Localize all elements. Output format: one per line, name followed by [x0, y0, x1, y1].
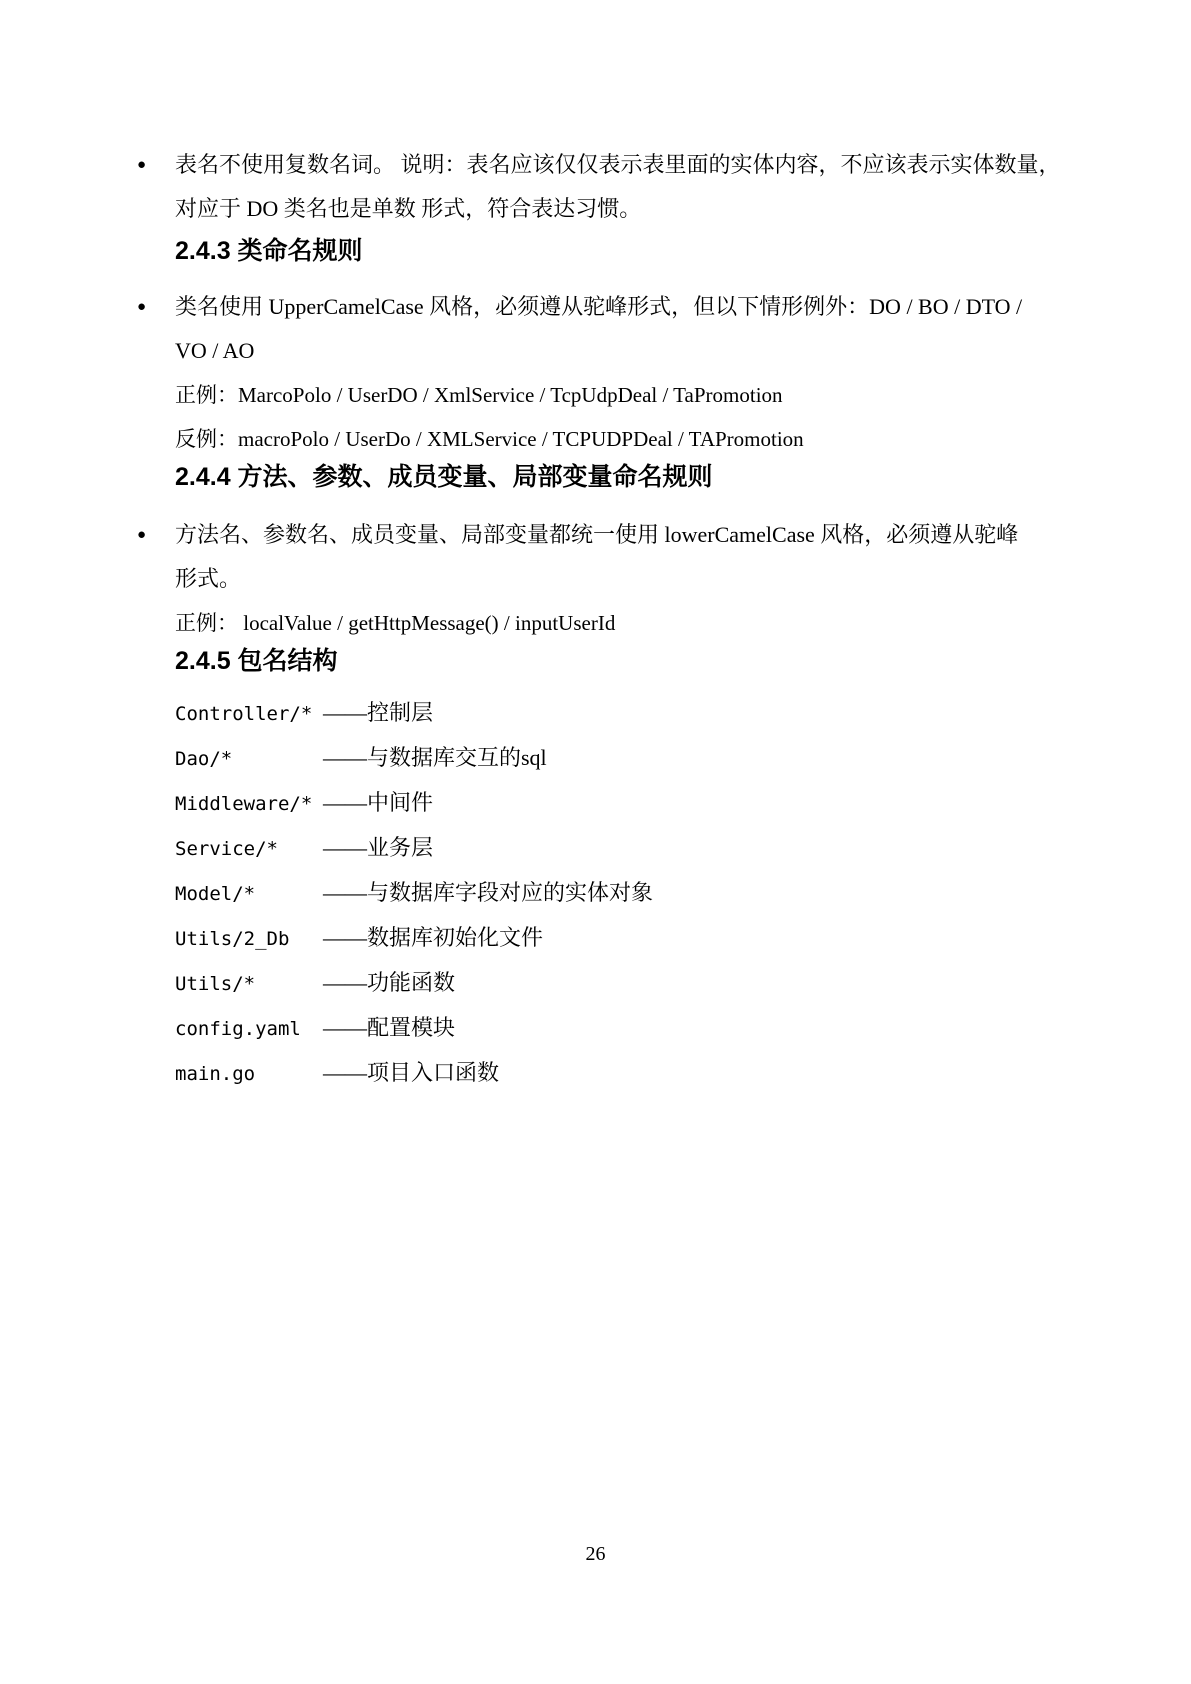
- heading-2-4-4: 2.4.4 方法、参数、成员变量、局部变量命名规则: [175, 461, 1067, 493]
- paragraph-line: 对应于 DO 类名也是单数 形式，符合表达习惯。: [175, 187, 1067, 231]
- package-desc: ——配置模块: [323, 1006, 455, 1049]
- package-name: Middleware/*: [175, 783, 323, 826]
- package-desc: ——控制层: [323, 691, 433, 734]
- package-desc: ——与数据库交互的sql: [323, 736, 547, 779]
- package-row-middleware: Middleware/* ——中间件: [175, 781, 1067, 826]
- bullet-method-naming-rule: ● 方法名、参数名、成员变量、局部变量都统一使用 lowerCamelCase …: [137, 513, 1067, 601]
- positive-example-class: 正例：MarcoPolo / UserDO / XmlService / Tcp…: [175, 373, 1067, 417]
- bullet-method-naming-text: 方法名、参数名、成员变量、局部变量都统一使用 lowerCamelCase 风格…: [175, 513, 1067, 601]
- package-desc: ——功能函数: [323, 961, 455, 1004]
- package-name: config.yaml: [175, 1008, 323, 1051]
- paragraph-line: VO / AO: [175, 329, 1067, 373]
- package-row-config-yaml: config.yaml ——配置模块: [175, 1006, 1067, 1051]
- package-desc: ——与数据库字段对应的实体对象: [323, 871, 653, 914]
- package-name: Utils/*: [175, 963, 323, 1006]
- document-page: ● 表名不使用复数名词。 说明：表名应该仅仅表示表里面的实体内容，不应该表示实体…: [0, 0, 1191, 1684]
- bullet-icon: ●: [137, 513, 175, 557]
- bullet-table-name-rule: ● 表名不使用复数名词。 说明：表名应该仅仅表示表里面的实体内容，不应该表示实体…: [137, 143, 1067, 231]
- package-row-main-go: main.go ——项目入口函数: [175, 1051, 1067, 1096]
- heading-2-4-5: 2.4.5 包名结构: [175, 645, 1067, 677]
- package-row-controller: Controller/* ——控制层: [175, 691, 1067, 736]
- bullet-icon: ●: [137, 285, 175, 329]
- package-name: Service/*: [175, 828, 323, 871]
- positive-example-method: 正例： localValue / getHttpMessage() / inpu…: [175, 601, 1067, 645]
- bullet-class-naming-text: 类名使用 UpperCamelCase 风格，必须遵从驼峰形式，但以下情形例外：…: [175, 285, 1067, 373]
- page-number: 26: [0, 1543, 1191, 1566]
- package-row-dao: Dao/* ——与数据库交互的sql: [175, 736, 1067, 781]
- package-row-service: Service/* ——业务层: [175, 826, 1067, 871]
- paragraph-line: 类名使用 UpperCamelCase 风格，必须遵从驼峰形式，但以下情形例外：…: [175, 285, 1067, 329]
- paragraph-line: 形式。: [175, 557, 1067, 601]
- package-name: Model/*: [175, 873, 323, 916]
- package-row-utils: Utils/* ——功能函数: [175, 961, 1067, 1006]
- package-structure-list: Controller/* ——控制层 Dao/* ——与数据库交互的sql Mi…: [175, 691, 1067, 1096]
- negative-example-class: 反例：macroPolo / UserDo / XMLService / TCP…: [175, 417, 1067, 461]
- package-row-utils-db: Utils/2_Db ——数据库初始化文件: [175, 916, 1067, 961]
- package-desc: ——数据库初始化文件: [323, 916, 543, 959]
- package-row-model: Model/* ——与数据库字段对应的实体对象: [175, 871, 1067, 916]
- heading-2-4-3: 2.4.3 类命名规则: [175, 235, 1067, 267]
- package-name: main.go: [175, 1053, 323, 1096]
- bullet-icon: ●: [137, 143, 175, 187]
- paragraph-line: 方法名、参数名、成员变量、局部变量都统一使用 lowerCamelCase 风格…: [175, 513, 1067, 557]
- page-content: ● 表名不使用复数名词。 说明：表名应该仅仅表示表里面的实体内容，不应该表示实体…: [137, 143, 1067, 1096]
- package-desc: ——业务层: [323, 826, 433, 869]
- package-name: Dao/*: [175, 738, 323, 781]
- bullet-table-name-text: 表名不使用复数名词。 说明：表名应该仅仅表示表里面的实体内容，不应该表示实体数量…: [175, 143, 1067, 231]
- package-desc: ——项目入口函数: [323, 1051, 499, 1094]
- package-name: Controller/*: [175, 693, 323, 736]
- bullet-class-naming-rule: ● 类名使用 UpperCamelCase 风格，必须遵从驼峰形式，但以下情形例…: [137, 285, 1067, 373]
- paragraph-line: 表名不使用复数名词。 说明：表名应该仅仅表示表里面的实体内容，不应该表示实体数量…: [175, 143, 1067, 187]
- package-desc: ——中间件: [323, 781, 433, 824]
- package-name: Utils/2_Db: [175, 918, 323, 961]
